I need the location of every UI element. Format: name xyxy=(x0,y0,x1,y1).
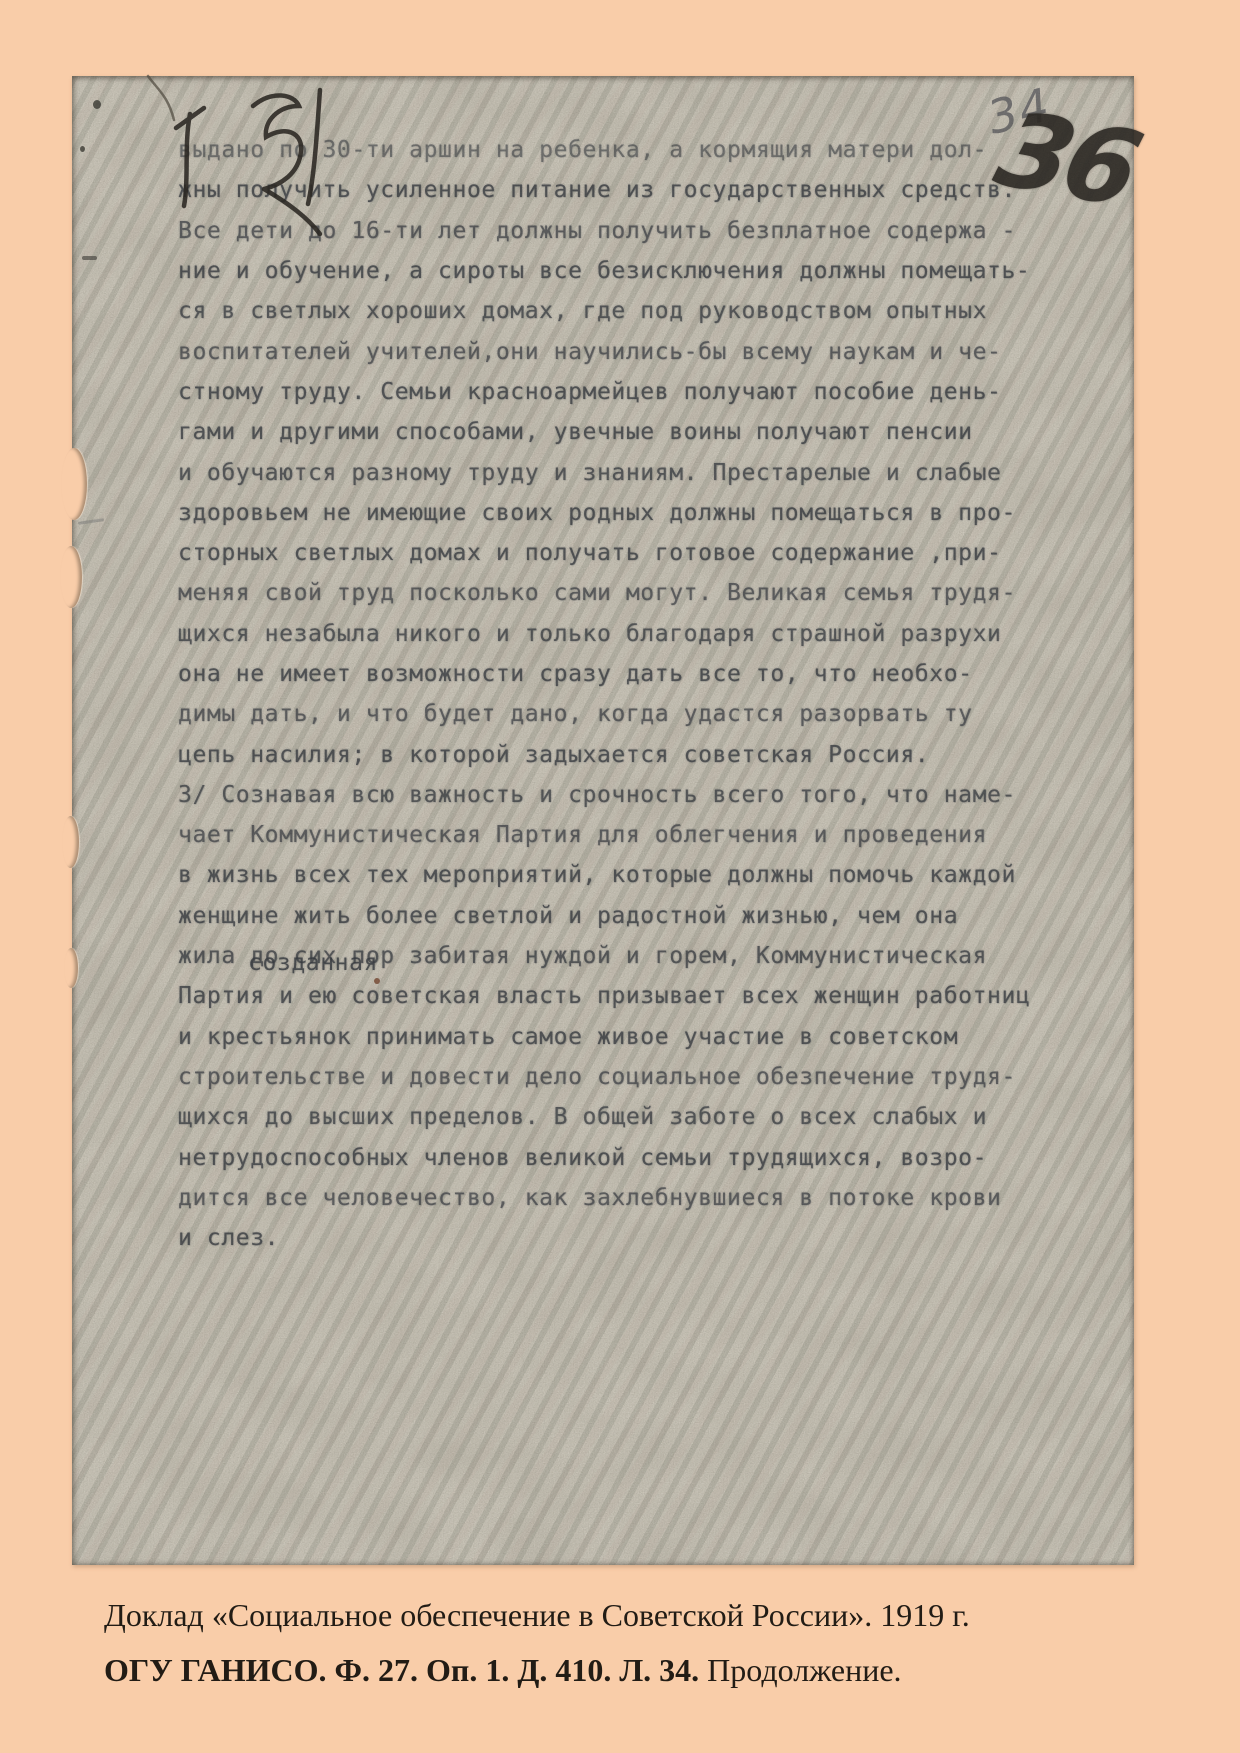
pencil-mark xyxy=(78,518,104,525)
inserted-correction-word: созданная xyxy=(248,950,378,976)
type-line: ние и обучение, а сироты все безисключен… xyxy=(178,251,1098,291)
type-line: Партия и ею советская власть призывает в… xyxy=(178,976,1098,1016)
type-line: женщине жить более светлой и радостной ж… xyxy=(178,896,1098,936)
type-line: здоровьем не имеющие своих родных должны… xyxy=(178,493,1098,533)
rust-spot xyxy=(374,978,380,984)
type-line: дится все человечество, как захлебнувшие… xyxy=(178,1178,1098,1218)
type-line: и обучаются разному труду и знаниям. Пре… xyxy=(178,452,1098,492)
type-line: стному труду. Семьи красноармейцев получ… xyxy=(178,372,1098,412)
type-line: она не имеет возможности сразу дать все … xyxy=(178,654,1098,694)
caption-continuation: Продолжение. xyxy=(699,1652,901,1688)
type-line: чает Коммунистическая Партия для облегче… xyxy=(178,815,1098,855)
caption-title-line: Доклад «Социальное обеспечение в Советск… xyxy=(104,1588,970,1643)
torn-hole xyxy=(64,948,78,988)
type-line: ся в светлых хороших домах, где под руко… xyxy=(178,291,1098,331)
type-line: цепь насилия; в которой задыхается совет… xyxy=(178,734,1098,774)
type-line: в жизнь всех тех мероприятий, которые до… xyxy=(178,855,1098,895)
page-background: выдано по 30-ти аршин на ребенка, а корм… xyxy=(0,0,1240,1753)
type-line: воспитателей учителей,они научились-бы в… xyxy=(178,331,1098,371)
type-line: щихся незабыла никого и только благодаря… xyxy=(178,614,1098,654)
caption: Доклад «Социальное обеспечение в Советск… xyxy=(104,1588,970,1698)
caption-reference-line: ОГУ ГАНИСО. Ф. 27. Оп. 1. Д. 410. Л. 34.… xyxy=(104,1643,970,1698)
type-line: меняя свой труд посколько сами могут. Ве… xyxy=(178,573,1098,613)
type-line: и крестьянок принимать самое живое участ… xyxy=(178,1017,1098,1057)
caption-archive-reference: ОГУ ГАНИСО. Ф. 27. Оп. 1. Д. 410. Л. 34. xyxy=(104,1652,699,1688)
ink-speck xyxy=(93,100,101,109)
type-line: гами и другими способами, увечные воины … xyxy=(178,412,1098,452)
type-line: щихся до высших пределов. В общей заботе… xyxy=(178,1097,1098,1137)
type-line: димы дать, и что будет дано, когда удаст… xyxy=(178,694,1098,734)
torn-hole xyxy=(60,546,82,608)
type-line: строительстве и довести дело социальное … xyxy=(178,1057,1098,1097)
paper-crease xyxy=(130,74,210,124)
typewritten-text: выдано по 30-ти аршин на ребенка, а корм… xyxy=(178,130,1098,1258)
scanned-document-page: выдано по 30-ти аршин на ребенка, а корм… xyxy=(72,76,1134,1565)
type-line: 3/ Сознавая всю важность и срочность все… xyxy=(178,775,1098,815)
ink-speck xyxy=(82,256,97,260)
torn-hole xyxy=(62,816,79,868)
type-line: сторных светлых домах и получать готовое… xyxy=(178,533,1098,573)
type-line: и слез. xyxy=(178,1218,1098,1258)
ink-speck xyxy=(80,146,85,152)
torn-hole xyxy=(61,448,87,520)
type-line: нетрудоспособных членов великой семьи тр… xyxy=(178,1137,1098,1177)
